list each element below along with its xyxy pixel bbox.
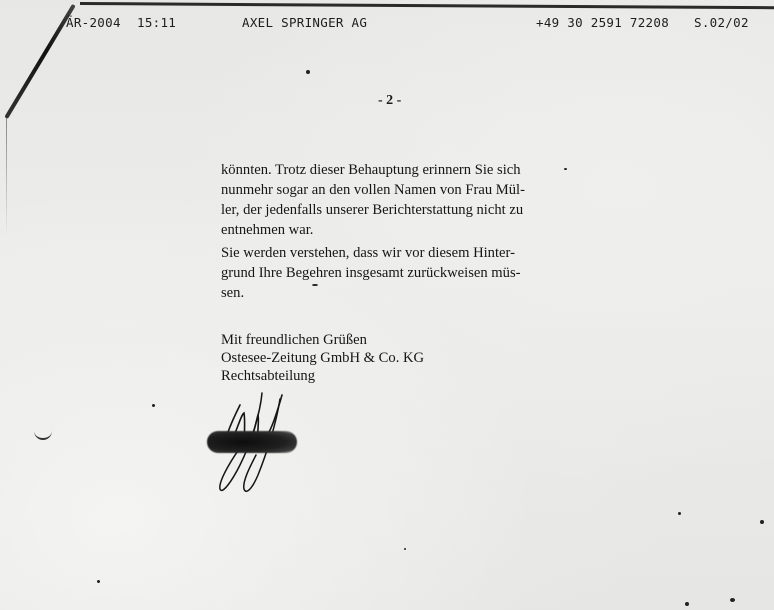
letter-closing: Mit freundlichen Grüßen Ostesee-Zeitung … <box>221 331 424 385</box>
paper-left-edge <box>6 118 7 238</box>
scan-speck <box>685 602 689 606</box>
scan-speck <box>97 580 100 583</box>
text-line: grund Ihre Begehren insgesamt zurückweis… <box>221 263 581 283</box>
paper-top-edge <box>80 2 774 9</box>
letter-paragraph-2: Sie werden verstehen, dass wir vor diese… <box>221 243 581 303</box>
text-line: ler, der jedenfalls unserer Berichtersta… <box>221 200 581 220</box>
salutation: Mit freundlichen Grüßen <box>221 331 424 349</box>
page-number: - 2 - <box>378 93 401 109</box>
scan-speck <box>404 548 406 550</box>
fax-date: ÄR-2004 <box>66 15 121 30</box>
company-name: Ostesee-Zeitung GmbH & Co. KG <box>221 349 424 367</box>
fax-sender: AXEL SPRINGER AG <box>242 15 367 30</box>
department-name: Rechtsabteilung <box>221 367 424 385</box>
text-line: könnten. Trotz dieser Behauptung erinner… <box>221 160 581 180</box>
fax-phone-number: +49 30 2591 72208 <box>536 15 669 30</box>
scan-speck <box>730 598 735 602</box>
hole-punch-mark <box>34 430 52 440</box>
text-line: nunmehr sogar an den vollen Namen von Fr… <box>221 180 581 200</box>
scan-speck <box>564 168 567 170</box>
fax-page-count: S.02/02 <box>694 15 749 30</box>
scan-speck <box>152 404 155 407</box>
folded-corner-edge <box>4 4 75 119</box>
fax-time: 15:11 <box>137 15 176 30</box>
letter-paragraph-1: könnten. Trotz dieser Behauptung erinner… <box>221 160 581 240</box>
text-line: Sie werden verstehen, dass wir vor diese… <box>221 243 581 263</box>
scan-speck <box>312 284 318 286</box>
scan-speck <box>306 70 310 74</box>
text-line: sen. <box>221 283 581 303</box>
redacted-name-bar <box>207 431 297 453</box>
scan-speck <box>678 512 681 515</box>
text-line: entnehmen war. <box>221 220 581 240</box>
fax-page: ÄR-2004 15:11 AXEL SPRINGER AG +49 30 25… <box>0 0 774 610</box>
scan-speck <box>760 520 764 524</box>
